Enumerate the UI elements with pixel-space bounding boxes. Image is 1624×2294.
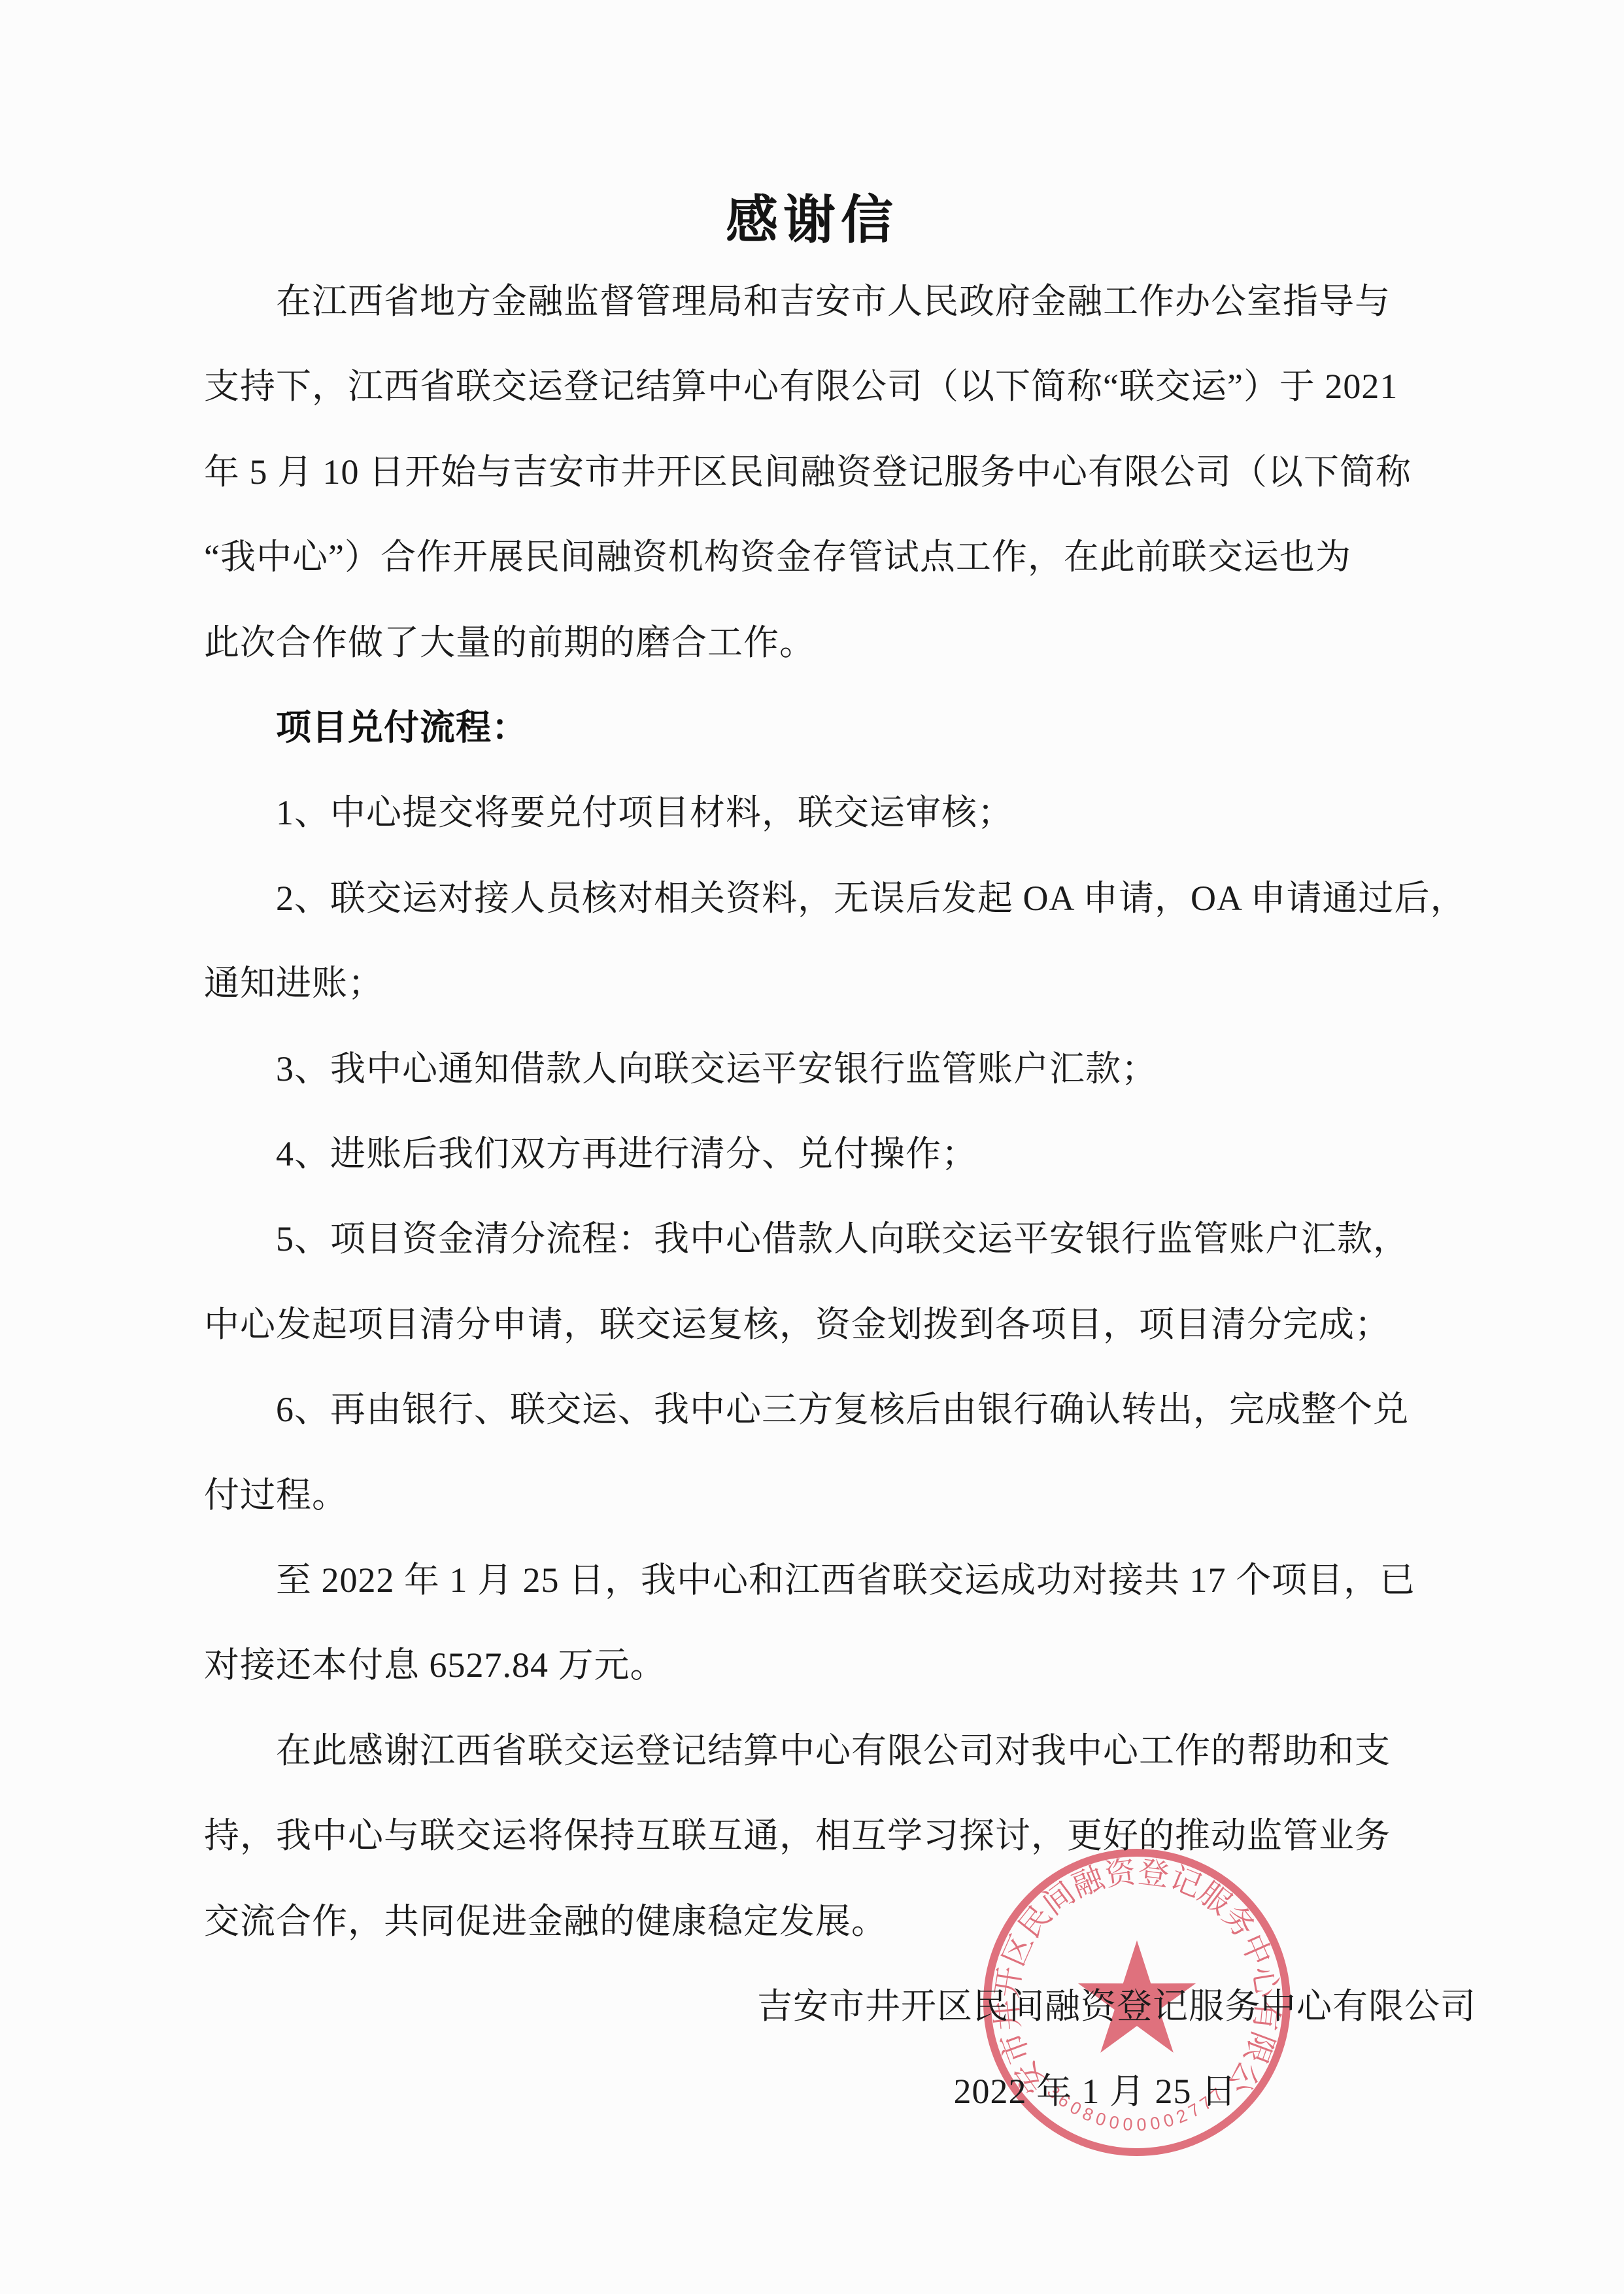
seal-ring-text-container: 吉安市井开区民间融资登记服务中心有限公司 [977,1842,1285,2100]
page-title: 感谢信 [0,178,1624,253]
body-line: 年 5 月 10 日开始与吉安市井开区民间融资登记服务中心有限公司（以下简称 [204,452,1412,492]
list-item: 3、我中心通知借款人向联交运平安银行监管账户汇款； [276,1049,1157,1089]
body-line: 支持下，江西省联交运登记结算中心有限公司（以下简称“联交运”）于 2021 [204,366,1398,407]
list-item: 2、联交运对接人员核对相关资料，无误后发起 OA 申请，OA 申请通过后， [276,878,1466,919]
seal-ring-text: 吉安市井开区民间融资登记服务中心有限公司 [977,1842,1285,2100]
section-heading: 项目兑付流程： [276,707,528,748]
body-line: 在此感谢江西省联交运登记结算中心有限公司对我中心工作的帮助和支 [276,1730,1391,1771]
body-line: 在江西省地方金融监督管理局和吉安市人民政府金融工作办公室指导与 [276,281,1391,322]
body-line: 至 2022 年 1 月 25 日，我中心和江西省联交运成功对接共 17 个项目… [276,1560,1415,1600]
list-item: 5、项目资金清分流程：我中心借款人向联交运平安银行监管账户汇款， [276,1219,1409,1259]
list-item: 6、再由银行、联交运、我中心三方复核后由银行确认转出，完成整个兑 [276,1389,1409,1430]
body-line: 交流合作，共同促进金融的健康稳定发展。 [204,1901,887,1942]
list-item-continuation: 通知进账； [204,963,384,1004]
body-line: “我中心”）合作开展民间融资机构资金存管试点工作，在此前联交运也为 [204,537,1351,577]
list-item: 4、进账后我们双方再进行清分、兑付操作； [276,1134,977,1174]
date-line: 2022 年 1 月 25 日 [954,2071,1238,2112]
body-line: 对接还本付息 6527.84 万元。 [204,1645,666,1685]
signature-line: 吉安市井开区民间融资登记服务中心有限公司 [757,1986,1476,2027]
body-line: 持，我中心与联交运将保持互联互通，相互学习探讨，更好的推动监管业务 [204,1815,1391,1856]
list-item-continuation: 中心发起项目清分申请，联交运复核，资金划拨到各项目，项目清分完成； [204,1304,1391,1345]
scanned-letter-page: 吉安市井开区民间融资登记服务中心有限公司 36080000002777 感谢信 … [0,0,1624,2294]
list-item-continuation: 付过程。 [204,1475,348,1515]
list-item: 1、中心提交将要兑付项目材料，联交运审核； [276,792,1013,833]
body-line: 此次合作做了大量的前期的磨合工作。 [204,622,815,663]
